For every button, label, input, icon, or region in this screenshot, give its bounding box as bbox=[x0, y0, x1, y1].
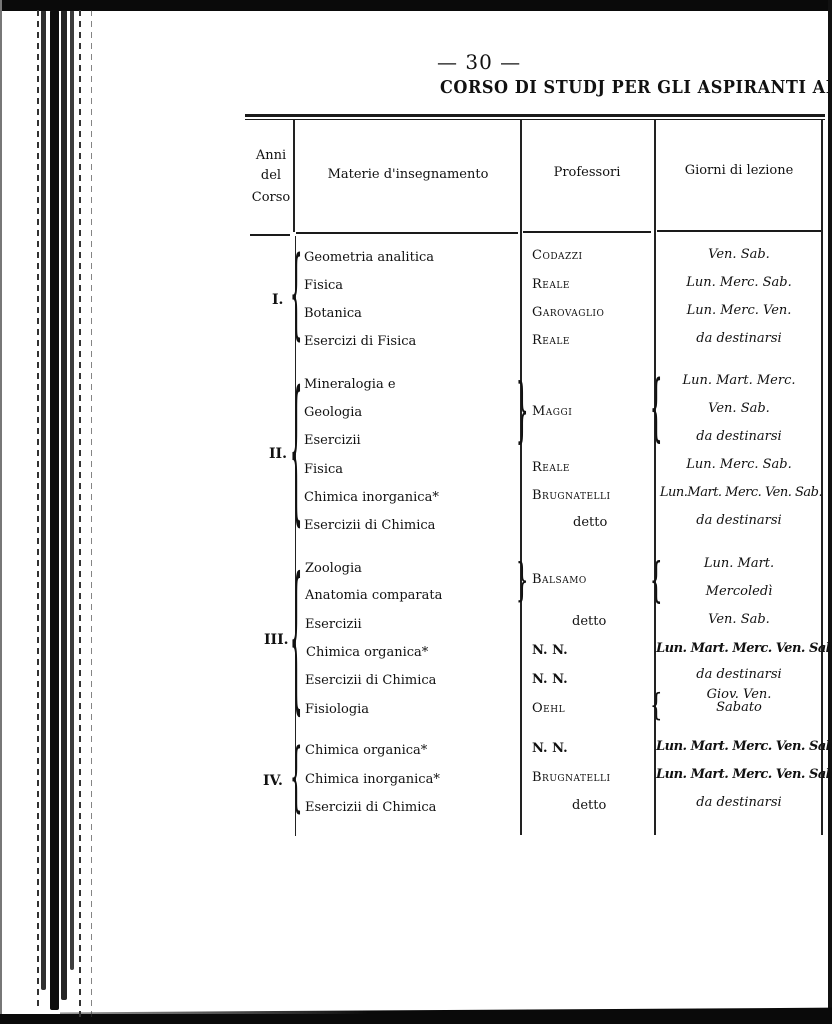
header-bottom-rule bbox=[296, 232, 518, 234]
subject-cell: Chimica inorganica* bbox=[304, 490, 439, 506]
subject-cell: Fisica bbox=[304, 278, 343, 294]
days-cell: Lun. Merc. Ven. bbox=[657, 303, 821, 319]
running-title: CORSO DI STUDJ PER GLI ASPIRANTI ALLA bbox=[440, 78, 832, 98]
professor-cell: Codazzi bbox=[532, 248, 583, 264]
days-cell: da destinarsi bbox=[657, 513, 821, 529]
professor-cell: N. N. bbox=[532, 643, 568, 659]
subject-cell: Chimica organica* bbox=[306, 645, 428, 661]
professor-cell: Reale bbox=[532, 333, 570, 349]
professor-cell: N. N. bbox=[532, 741, 568, 757]
professor-cell: Oehl bbox=[532, 701, 565, 717]
subject-cell: Mineralogia e bbox=[304, 377, 396, 393]
professor-cell: N. N. bbox=[532, 672, 568, 688]
days-cell: Lun.Mart. Merc. Ven. Sab. bbox=[656, 485, 826, 501]
column-rule bbox=[654, 120, 656, 835]
scan-right-border bbox=[828, 0, 832, 1024]
left-brace-icon: { bbox=[290, 740, 302, 816]
professor-cell: Balsamo bbox=[532, 572, 587, 588]
professor-cell: detto bbox=[573, 515, 607, 531]
scan-bottom-border bbox=[0, 1014, 832, 1024]
professor-cell: Reale bbox=[532, 277, 570, 293]
right-brace-icon: } bbox=[516, 376, 528, 446]
column-rule bbox=[293, 120, 295, 232]
days-cell: Ven. Sab. bbox=[657, 612, 821, 628]
days-cell: da destinarsi bbox=[657, 795, 821, 811]
days-cell: Lun. Mart. Merc. Ven. Sab. bbox=[656, 739, 826, 755]
subject-cell: Esercizi di Fisica bbox=[304, 334, 416, 350]
subject-cell: Anatomia comparata bbox=[305, 588, 442, 604]
subject-cell: Botanica bbox=[304, 306, 362, 322]
year-label: IV. bbox=[263, 773, 283, 789]
days-cell: Ven. Sab. bbox=[657, 401, 821, 417]
header-days: Giorni di lezione bbox=[657, 163, 821, 179]
days-cell: Lun. Mart. bbox=[657, 556, 821, 572]
book-binding-gutter bbox=[33, 10, 95, 1024]
subject-cell: Zoologia bbox=[305, 561, 362, 577]
left-brace-icon: { bbox=[290, 374, 302, 531]
right-brace-icon: } bbox=[516, 558, 528, 603]
header-year-line3: Corso bbox=[250, 190, 292, 206]
professor-cell: Garovaglio bbox=[532, 305, 604, 321]
scan-left-border bbox=[0, 0, 2, 1024]
days-cell: Lun. Mart. Merc. Ven. Sab. bbox=[656, 767, 826, 783]
days-cell: Lun. Merc. Sab. bbox=[657, 457, 821, 473]
days-cell: da destinarsi bbox=[657, 429, 821, 445]
days-cell-line2: Sabato bbox=[657, 701, 821, 714]
days-cell: Ven. Sab. bbox=[657, 247, 821, 263]
header-bottom-rule bbox=[657, 230, 821, 232]
days-cell: Lun. Merc. Sab. bbox=[657, 275, 821, 291]
header-professor: Professori bbox=[523, 165, 651, 181]
days-cell: da destinarsi bbox=[657, 667, 821, 683]
days-cell: Lun. Mart. Merc. bbox=[657, 373, 821, 389]
professor-cell: Brugnatelli bbox=[532, 770, 611, 786]
days-cell: da destinarsi bbox=[657, 331, 821, 347]
scan-top-border bbox=[0, 0, 832, 11]
professor-cell: Maggi bbox=[532, 404, 572, 420]
year-label: II. bbox=[269, 446, 287, 462]
subject-cell: Chimica inorganica* bbox=[305, 772, 440, 788]
subject-cell: Fisiologia bbox=[305, 702, 369, 718]
year-label: III. bbox=[264, 632, 289, 648]
left-brace-icon: { bbox=[290, 560, 302, 720]
subject-cell: Geometria analitica bbox=[304, 250, 434, 266]
subject-cell: Esercizii di Chimica bbox=[304, 518, 435, 534]
subject-cell: Geologia bbox=[304, 405, 362, 421]
subject-cell: Esercizii bbox=[305, 617, 362, 633]
year-label: I. bbox=[272, 292, 283, 308]
left-brace-icon: { bbox=[290, 246, 302, 344]
subject-cell: Esercizii di Chimica bbox=[305, 673, 436, 689]
header-year-line1: Anni bbox=[252, 148, 290, 164]
table-top-rule-thin bbox=[245, 119, 825, 120]
professor-cell: detto bbox=[572, 798, 606, 814]
professor-cell: Reale bbox=[532, 460, 570, 476]
subject-cell: Esercizii bbox=[304, 433, 361, 449]
professor-cell: detto bbox=[572, 614, 606, 630]
subject-cell: Chimica organica* bbox=[305, 743, 427, 759]
table-top-rule bbox=[245, 114, 825, 117]
professor-cell: Brugnatelli bbox=[532, 488, 611, 504]
subject-cell: Esercizii di Chimica bbox=[305, 800, 436, 816]
subject-cell: Fisica bbox=[304, 462, 343, 478]
header-bottom-rule bbox=[523, 231, 651, 233]
header-bottom-rule bbox=[250, 234, 290, 236]
days-cell: Lun. Mart. Merc. Ven. Sab. bbox=[656, 641, 826, 657]
header-subject: Materie d'insegnamento bbox=[298, 167, 518, 183]
header-year-line2: del bbox=[252, 168, 290, 184]
column-rule bbox=[520, 120, 522, 835]
days-cell: Mercoledì bbox=[657, 584, 821, 600]
column-rule bbox=[821, 120, 823, 835]
page-number: — 30 — bbox=[437, 50, 521, 74]
